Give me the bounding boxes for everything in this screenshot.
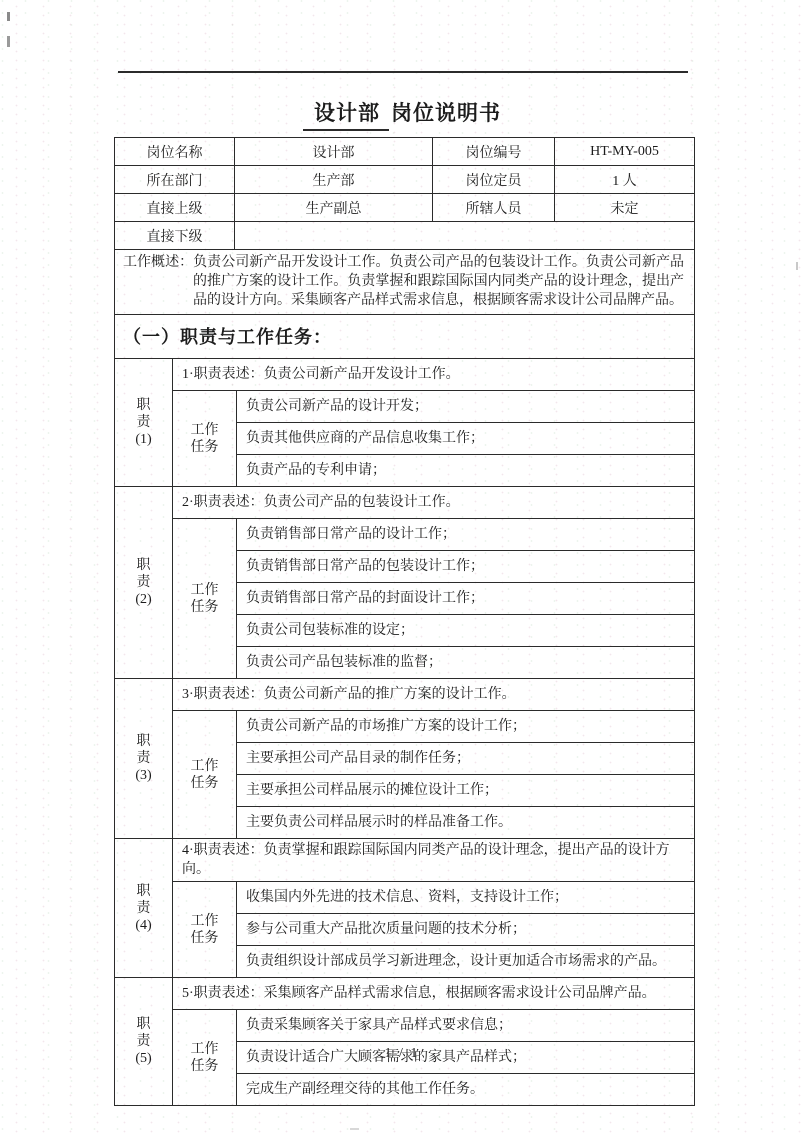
info-label-headcount: 岗位定员 xyxy=(433,166,555,194)
duty-task: 负责其他供应商的产品信息收集工作； xyxy=(237,423,695,455)
duty-block-3: 职 责 (3) 3·职责表述：负责公司新产品的推广方案的设计工作。 工作 任务 … xyxy=(115,679,695,839)
duty-task: 负责公司新产品的设计开发； xyxy=(237,391,695,423)
duty-statement-row: 职 责 (4) 4·职责表述：负责掌握和跟踪国际国内同类产品的设计理念，提出产品… xyxy=(115,839,695,882)
duty-statement-row: 职 责 (1) 1·职责表述：负责公司新产品开发设计工作。 xyxy=(115,359,695,391)
duty-task: 参与公司重大产品批次质量问题的技术分析； xyxy=(237,914,695,946)
duty-task: 负责销售部日常产品的设计工作； xyxy=(237,519,695,551)
info-label-department: 所在部门 xyxy=(115,166,235,194)
info-value-position-code: HT-MY-005 xyxy=(555,138,695,166)
duty-number-label: 职 责 (4) xyxy=(115,839,173,978)
duty-task-row: 工作 任务 负责公司新产品的市场推广方案的设计工作； xyxy=(115,711,695,743)
duty-task: 负责组织设计部成员学习新进理念，设计更加适合市场需求的产品。 xyxy=(237,946,695,978)
info-value-headcount: 1 人 xyxy=(555,166,695,194)
duty-statement: 4·职责表述：负责掌握和跟踪国际国内同类产品的设计理念，提出产品的设计方向。 xyxy=(173,839,695,882)
info-value-department: 生产部 xyxy=(235,166,433,194)
document-page: 设计部岗位说明书 岗位名称 设计部 岗位编号 HT-MY-005 所在部门 生产… xyxy=(0,0,804,1137)
work-tasks-label: 工作 任务 xyxy=(173,519,237,679)
duty-number-label: 职 责 (1) xyxy=(115,359,173,487)
duty-task: 负责采集顾客关于家具产品样式要求信息； xyxy=(237,1010,695,1042)
section-heading: （一）职责与工作任务： xyxy=(114,314,695,359)
info-label-direct-report: 直接下级 xyxy=(115,222,235,250)
duty-block-4: 职 责 (4) 4·职责表述：负责掌握和跟踪国际国内同类产品的设计理念，提出产品… xyxy=(115,839,695,978)
duty-statement: 5·职责表述：采集顾客产品样式需求信息，根据顾客需求设计公司品牌产品。 xyxy=(173,978,695,1010)
duty-task: 负责公司包装标准的设定； xyxy=(237,615,695,647)
scan-artifact xyxy=(796,262,798,270)
title-department: 设计部 xyxy=(303,97,389,131)
duty-task: 主要承担公司样品展示的摊位设计工作； xyxy=(237,775,695,807)
duty-task: 完成生产副经理交待的其他工作任务。 xyxy=(237,1074,695,1106)
duty-task-row: 工作 任务 负责销售部日常产品的设计工作； xyxy=(115,519,695,551)
document-title: 设计部岗位说明书 xyxy=(0,97,804,131)
duty-block-1: 职 责 (1) 1·职责表述：负责公司新产品开发设计工作。 工作 任务 负责公司… xyxy=(115,359,695,487)
duty-statement: 3·职责表述：负责公司新产品的推广方案的设计工作。 xyxy=(173,679,695,711)
duty-statement: 1·职责表述：负责公司新产品开发设计工作。 xyxy=(173,359,695,391)
info-label-supervisor: 直接上级 xyxy=(115,194,235,222)
info-label-subordinate-staff: 所辖人员 xyxy=(433,194,555,222)
scan-artifact xyxy=(7,36,10,47)
title-suffix: 岗位说明书 xyxy=(391,101,501,125)
duty-task: 主要承担公司产品目录的制作任务； xyxy=(237,743,695,775)
duty-task: 负责销售部日常产品的包装设计工作； xyxy=(237,551,695,583)
job-summary-text: 负责公司新产品开发设计工作。负责公司产品的包装设计工作。负责公司新产品的推广方案… xyxy=(193,255,684,308)
info-value-position-name: 设计部 xyxy=(235,138,433,166)
duty-number-label: 职 责 (5) xyxy=(115,978,173,1106)
job-summary: 工作概述：负责公司新产品开发设计工作。负责公司产品的包装设计工作。负责公司新产品… xyxy=(115,253,694,310)
page-number: 1 / 1 xyxy=(0,1046,804,1062)
work-tasks-label: 工作 任务 xyxy=(173,711,237,839)
work-tasks-label: 工作 任务 xyxy=(173,882,237,978)
duty-number-label: 职 责 (3) xyxy=(115,679,173,839)
duty-statement-row: 职 责 (2) 2·职责表述：负责公司产品的包装设计工作。 xyxy=(115,487,695,519)
duty-statement-row: 职 责 (5) 5·职责表述：采集顾客产品样式需求信息，根据顾客需求设计公司品牌… xyxy=(115,978,695,1010)
duty-task-row: 工作 任务 负责公司新产品的设计开发； xyxy=(115,391,695,423)
info-value-direct-report xyxy=(235,222,695,250)
duty-task-row: 工作 任务 负责采集顾客关于家具产品样式要求信息； xyxy=(115,1010,695,1042)
duty-task: 负责公司新产品的市场推广方案的设计工作； xyxy=(237,711,695,743)
work-tasks-label: 工作 任务 xyxy=(173,391,237,487)
job-summary-label: 工作概述： xyxy=(123,255,193,270)
duty-task: 收集国内外先进的技术信息、资料，支持设计工作； xyxy=(237,882,695,914)
duty-task-row: 工作 任务 收集国内外先进的技术信息、资料，支持设计工作； xyxy=(115,882,695,914)
job-summary-box: 工作概述：负责公司新产品开发设计工作。负责公司产品的包装设计工作。负责公司新产品… xyxy=(114,249,695,315)
duties-table: 职 责 (1) 1·职责表述：负责公司新产品开发设计工作。 工作 任务 负责公司… xyxy=(114,358,695,1106)
info-row: 直接上级 生产副总 所辖人员 未定 xyxy=(115,194,695,222)
duty-statement-row: 职 责 (3) 3·职责表述：负责公司新产品的推广方案的设计工作。 xyxy=(115,679,695,711)
scan-artifact xyxy=(7,12,10,21)
duty-block-5: 职 责 (5) 5·职责表述：采集顾客产品样式需求信息，根据顾客需求设计公司品牌… xyxy=(115,978,695,1106)
info-label-position-code: 岗位编号 xyxy=(433,138,555,166)
duty-task: 负责公司产品包装标准的监督； xyxy=(237,647,695,679)
duty-task: 主要负责公司样品展示时的样品准备工作。 xyxy=(237,807,695,839)
scan-artifact xyxy=(350,1128,359,1130)
info-label-position-name: 岗位名称 xyxy=(115,138,235,166)
info-value-supervisor: 生产副总 xyxy=(235,194,433,222)
duty-task: 负责销售部日常产品的封面设计工作； xyxy=(237,583,695,615)
info-row: 直接下级 xyxy=(115,222,695,250)
info-value-subordinate-staff: 未定 xyxy=(555,194,695,222)
info-row: 所在部门 生产部 岗位定员 1 人 xyxy=(115,166,695,194)
position-info-table: 岗位名称 设计部 岗位编号 HT-MY-005 所在部门 生产部 岗位定员 1 … xyxy=(114,137,695,250)
document-body: 岗位名称 设计部 岗位编号 HT-MY-005 所在部门 生产部 岗位定员 1 … xyxy=(114,137,695,1106)
duty-number-label: 职 责 (2) xyxy=(115,487,173,679)
duty-task: 负责产品的专利申请； xyxy=(237,455,695,487)
info-row: 岗位名称 设计部 岗位编号 HT-MY-005 xyxy=(115,138,695,166)
duty-block-2: 职 责 (2) 2·职责表述：负责公司产品的包装设计工作。 工作 任务 负责销售… xyxy=(115,487,695,679)
duty-statement: 2·职责表述：负责公司产品的包装设计工作。 xyxy=(173,487,695,519)
header-rule xyxy=(118,71,688,73)
